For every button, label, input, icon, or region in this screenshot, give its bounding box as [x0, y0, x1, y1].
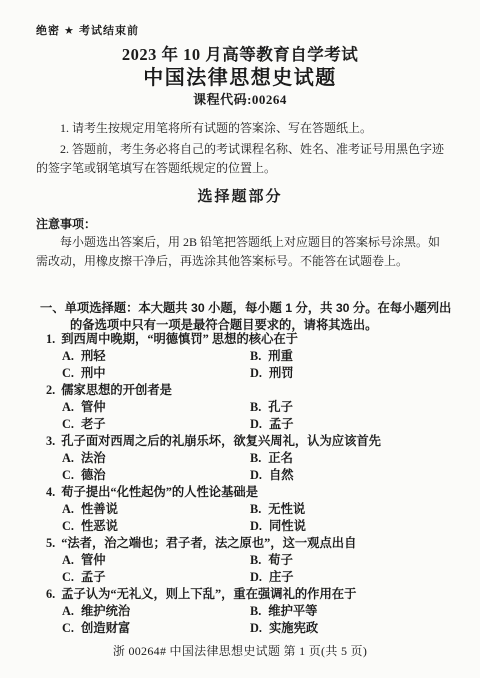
- option-a: A.维护统治: [62, 603, 250, 620]
- options-row: A.管仲 B.荀子: [46, 552, 456, 569]
- option-d: D.孟子: [250, 416, 294, 433]
- option-c: C.创造财富: [62, 620, 250, 637]
- question-line: 5.“法者，治之端也；君子者，法之原也”，这一观点出自: [46, 535, 456, 552]
- option-text: 孟子: [269, 417, 294, 431]
- option-a: A.管仲: [62, 399, 250, 416]
- option-text: 孔子: [268, 400, 293, 414]
- option-a: A.法治: [62, 450, 250, 467]
- option-d: D.实施宪政: [250, 620, 318, 637]
- question-1: 1.到西周中晚期，“明德慎罚” 思想的核心在于 A.刑轻 B.刑重 C.刑中 D…: [46, 331, 456, 382]
- option-text: 自然: [269, 468, 294, 482]
- instruction-item-1: 1. 请考生按规定用笔将所有试题的答案涂、写在答题纸上。: [36, 119, 448, 138]
- option-key: A.: [62, 604, 74, 618]
- option-text: 刑重: [268, 349, 293, 363]
- option-key: A.: [62, 502, 74, 516]
- notes-body: 每小题选出答案后，用 2B 铅笔把答题纸上对应题目的答案标号涂黑。如需改动，用橡…: [36, 233, 448, 270]
- part-one-heading: 一、单项选择题：本大题共 30 小题，每小题 1 分，共 30 分。在每小题列出…: [40, 300, 454, 333]
- section-title: 选择题部分: [0, 185, 480, 206]
- option-key: A.: [62, 451, 74, 465]
- exam-paper-page: 绝密 ★ 考试结束前 2023 年 10 月高等教育自学考试 中国法律思想史试题…: [0, 0, 480, 678]
- option-text: 性恶说: [81, 519, 118, 533]
- question-number: 4.: [46, 485, 55, 499]
- option-key: C.: [62, 366, 74, 380]
- question-number: 3.: [46, 434, 55, 448]
- option-c: C.刑中: [62, 365, 250, 382]
- option-b: B.孔子: [250, 399, 293, 416]
- option-key: D.: [250, 417, 262, 431]
- options-row: C.德治 D.自然: [46, 467, 456, 484]
- question-text: 孔子面对西周之后的礼崩乐坏，欲复兴周礼，认为应该首先: [61, 434, 381, 448]
- option-b: B.正名: [250, 450, 293, 467]
- option-c: C.德治: [62, 467, 250, 484]
- option-text: 德治: [81, 468, 106, 482]
- option-text: 刑轻: [81, 349, 106, 363]
- question-number: 1.: [46, 332, 55, 346]
- classification-banner: 绝密 ★ 考试结束前: [36, 22, 139, 38]
- page-footer: 浙 00264# 中国法律思想史试题 第 1 页(共 5 页): [0, 642, 480, 659]
- options-row: A.法治 B.正名: [46, 450, 456, 467]
- option-text: 管仲: [81, 553, 106, 567]
- option-d: D.刑罚: [250, 365, 294, 382]
- option-key: B.: [250, 553, 261, 567]
- option-text: 管仲: [81, 400, 106, 414]
- question-line: 3.孔子面对西周之后的礼崩乐坏，欲复兴周礼，认为应该首先: [46, 433, 456, 450]
- option-a: A.管仲: [62, 552, 250, 569]
- option-key: D.: [250, 468, 262, 482]
- option-key: D.: [250, 570, 262, 584]
- question-text: “法者，治之端也；君子者，法之原也”，这一观点出自: [61, 536, 356, 550]
- option-text: 老子: [81, 417, 106, 431]
- options-row: C.性恶说 D.同性说: [46, 518, 456, 535]
- option-text: 同性说: [269, 519, 306, 533]
- option-text: 孟子: [81, 570, 106, 584]
- options-row: A.刑轻 B.刑重: [46, 348, 456, 365]
- option-text: 创造财富: [81, 621, 130, 635]
- exam-title: 中国法律思想史试题: [0, 61, 480, 90]
- option-key: D.: [250, 621, 262, 635]
- option-key: B.: [250, 349, 261, 363]
- option-key: B.: [250, 604, 261, 618]
- instruction-item-2: 2. 答题前，考生务必将自己的考试课程名称、姓名、准考证号用黑色字迹的签字笔或钢…: [36, 140, 448, 178]
- option-key: C.: [62, 468, 74, 482]
- option-key: C.: [62, 519, 74, 533]
- options-row: A.性善说 B.无性说: [46, 501, 456, 518]
- option-text: 维护平等: [268, 604, 317, 618]
- options-row: C.老子 D.孟子: [46, 416, 456, 433]
- question-3: 3.孔子面对西周之后的礼崩乐坏，欲复兴周礼，认为应该首先 A.法治 B.正名 C…: [46, 433, 456, 484]
- option-a: A.刑轻: [62, 348, 250, 365]
- option-c: C.孟子: [62, 569, 250, 586]
- options-row: C.刑中 D.刑罚: [46, 365, 456, 382]
- question-text: 荀子提出“化性起伪”的人性论基础是: [61, 485, 258, 499]
- option-key: B.: [250, 400, 261, 414]
- question-number: 6.: [46, 587, 55, 601]
- question-text: 到西周中晚期，“明德慎罚” 思想的核心在于: [61, 332, 298, 346]
- option-text: 无性说: [268, 502, 305, 516]
- question-line: 1.到西周中晚期，“明德慎罚” 思想的核心在于: [46, 331, 456, 348]
- question-5: 5.“法者，治之端也；君子者，法之原也”，这一观点出自 A.管仲 B.荀子 C.…: [46, 535, 456, 586]
- question-2: 2.儒家思想的开创者是 A.管仲 B.孔子 C.老子 D.孟子: [46, 382, 456, 433]
- option-key: C.: [62, 570, 74, 584]
- option-d: D.同性说: [250, 518, 306, 535]
- course-code: 课程代码:00264: [0, 89, 480, 108]
- options-row: A.管仲 B.孔子: [46, 399, 456, 416]
- question-list: 1.到西周中晚期，“明德慎罚” 思想的核心在于 A.刑轻 B.刑重 C.刑中 D…: [46, 331, 456, 637]
- option-text: 刑罚: [269, 366, 294, 380]
- option-text: 实施宪政: [269, 621, 318, 635]
- option-key: D.: [250, 519, 262, 533]
- question-line: 4.荀子提出“化性起伪”的人性论基础是: [46, 484, 456, 501]
- option-key: D.: [250, 366, 262, 380]
- option-c: C.老子: [62, 416, 250, 433]
- option-b: B.维护平等: [250, 603, 317, 620]
- options-row: A.维护统治 B.维护平等: [46, 603, 456, 620]
- options-row: C.创造财富 D.实施宪政: [46, 620, 456, 637]
- option-b: B.荀子: [250, 552, 293, 569]
- option-key: A.: [62, 400, 74, 414]
- question-line: 6.孟子认为“无礼义，则上下乱”，重在强调礼的作用在于: [46, 586, 456, 603]
- question-4: 4.荀子提出“化性起伪”的人性论基础是 A.性善说 B.无性说 C.性恶说 D.…: [46, 484, 456, 535]
- question-line: 2.儒家思想的开创者是: [46, 382, 456, 399]
- option-text: 荀子: [268, 553, 293, 567]
- option-b: B.刑重: [250, 348, 293, 365]
- option-text: 刑中: [81, 366, 106, 380]
- option-text: 维护统治: [81, 604, 130, 618]
- option-key: B.: [250, 451, 261, 465]
- option-key: A.: [62, 553, 74, 567]
- option-key: B.: [250, 502, 261, 516]
- option-b: B.无性说: [250, 501, 305, 518]
- option-text: 性善说: [81, 502, 118, 516]
- option-key: C.: [62, 621, 74, 635]
- option-text: 法治: [81, 451, 106, 465]
- option-d: D.庄子: [250, 569, 294, 586]
- question-text: 孟子认为“无礼义，则上下乱”，重在强调礼的作用在于: [61, 587, 356, 601]
- notes-label: 注意事项：: [36, 215, 96, 232]
- option-a: A.性善说: [62, 501, 250, 518]
- question-6: 6.孟子认为“无礼义，则上下乱”，重在强调礼的作用在于 A.维护统治 B.维护平…: [46, 586, 456, 637]
- option-key: C.: [62, 417, 74, 431]
- question-text: 儒家思想的开创者是: [61, 383, 172, 397]
- option-d: D.自然: [250, 467, 294, 484]
- question-number: 2.: [46, 383, 55, 397]
- option-c: C.性恶说: [62, 518, 250, 535]
- option-text: 庄子: [269, 570, 294, 584]
- question-number: 5.: [46, 536, 55, 550]
- option-text: 正名: [268, 451, 293, 465]
- option-key: A.: [62, 349, 74, 363]
- options-row: C.孟子 D.庄子: [46, 569, 456, 586]
